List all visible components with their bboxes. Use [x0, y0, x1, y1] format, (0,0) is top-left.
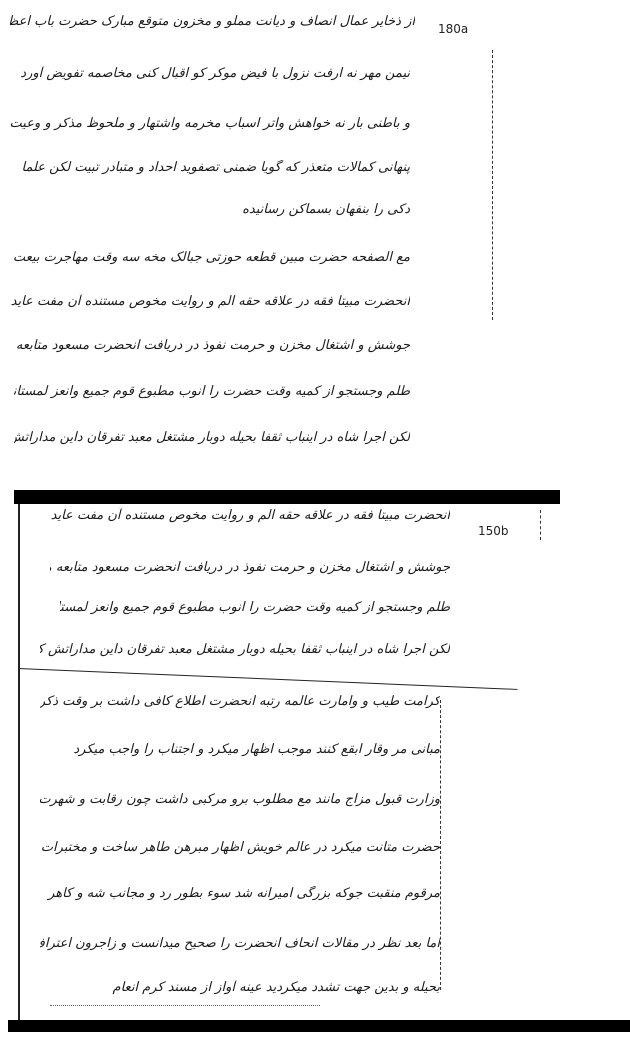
- manuscript-line: از ذخایر عمال انصاف و دیانت مملو و مخزون…: [10, 14, 415, 29]
- manuscript-line: مع الصفحه حضرت مبین قطعه حوزتی جبالک مخه…: [10, 250, 410, 265]
- manuscript-line: جوشش و اشتغال مخزن و حرمت نفوذ در دریافت…: [14, 338, 410, 353]
- manuscript-line: طلم وجستجو از کمیه وقت حضرت را انوب مطبو…: [60, 600, 450, 615]
- margin-rule-bottom: [540, 510, 541, 540]
- manuscript-page: 180a از ذخایر عمال انصاف و دیانت مملو و …: [0, 0, 630, 1041]
- manuscript-line: مرقوم منقبت جوکه بزرگی امیرانه شد سوء بط…: [40, 886, 440, 901]
- scan-border-bar-bottom: [8, 1020, 630, 1032]
- manuscript-line: لکن اجرا شاه در اینباب ثقفا بحیله دوبار …: [40, 642, 450, 657]
- manuscript-line: وزارت قبول مزاج مانند مع مطلوب برو مرکبی…: [40, 792, 440, 807]
- manuscript-line: پنهانی کمالات متعذر که گویا ضمنی تصفوید …: [20, 160, 410, 175]
- manuscript-line: انحضرت مبیتا فقه در علاقه حقه الم و روای…: [50, 508, 450, 523]
- manuscript-line: نیمن مهر نه ارفت نزول با فیض موکر کو اقب…: [12, 66, 410, 81]
- folio-number-top: 180a: [438, 22, 468, 36]
- folio-number-bottom: 150b: [478, 524, 509, 538]
- manuscript-line: جوشش و اشتغال مخزن و حرمت نفوذ در دریافت…: [50, 560, 450, 575]
- page-edge-left: [18, 504, 20, 1024]
- manuscript-line: اما بعد نظر در مقالات انحاف انحضرت را صح…: [40, 936, 440, 951]
- margin-rule-bottom-inner: [440, 700, 441, 990]
- margin-rule-top: [492, 50, 493, 320]
- manuscript-line: مبانی مر وقار ابقع کنند موجب اظهار میکرد…: [40, 742, 440, 757]
- manuscript-line: بحیله و بدین جهت تشدد میکردید عینه آواز …: [20, 980, 440, 995]
- manuscript-line: کرامت طیب و وامارت عالمه رتبه انحضرت اطل…: [40, 694, 440, 709]
- manuscript-line: دکی را بنفهان بسماکن رسانیده: [240, 202, 410, 217]
- manuscript-line: لکن اجرا شاه در اینباب ثقفا بحیله دوبار …: [14, 430, 410, 445]
- manuscript-line: حضرت متانت میکرد در عالم خویش اظهار مبره…: [40, 840, 440, 855]
- manuscript-line: طلم وجستجو از کمیه وقت حضرت را انوب مطبو…: [14, 384, 410, 399]
- underline-dotted: [50, 1005, 320, 1006]
- scan-border-bar: [14, 490, 560, 504]
- manuscript-line: و باطنی بار نه خواهش واتر اسباب مخرمه وا…: [10, 116, 410, 131]
- manuscript-line: انحضرت مبیتا فقه در علاقه حقه الم و روای…: [10, 294, 410, 309]
- ruled-line: [18, 668, 518, 690]
